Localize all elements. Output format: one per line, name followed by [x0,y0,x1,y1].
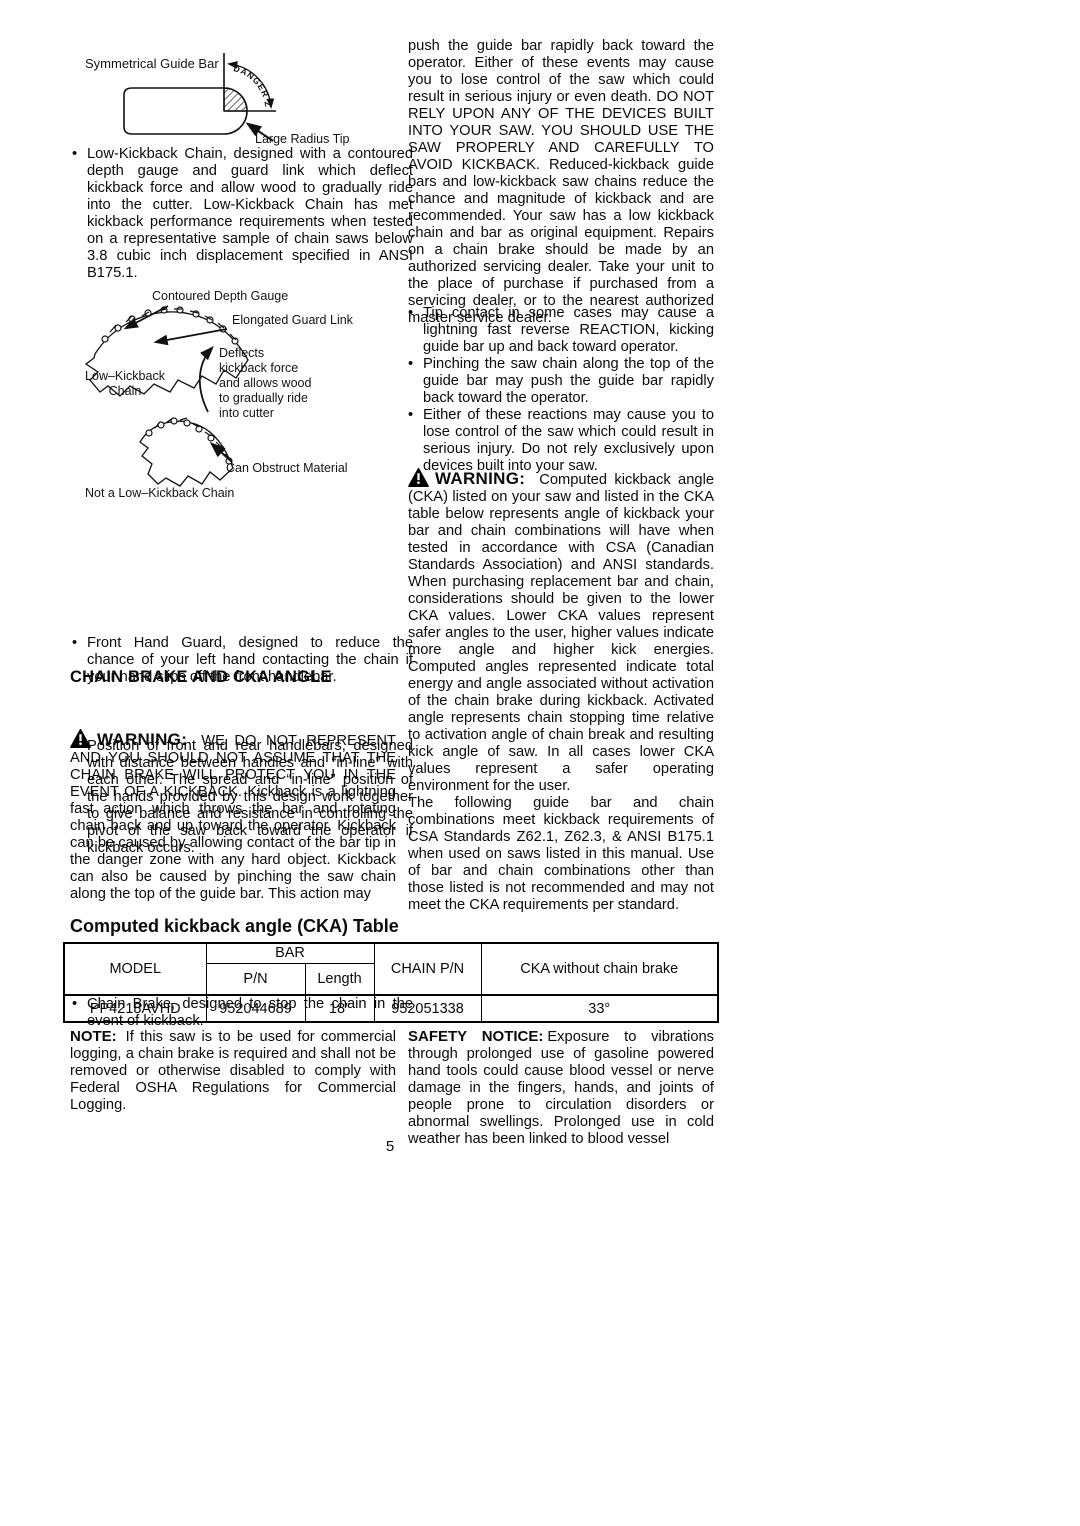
manual-page: Symmetrical Guide Bar DANGER ZONE Large … [0,0,1080,1526]
danger-zone-text: DANGER ZONE [90,50,273,108]
cka-table: MODEL BAR CHAIN P/N CKA without chain br… [63,942,719,1023]
warning-label: WARNING: [435,469,525,488]
safety-notice-label: SAFETY NOTICE: [408,1028,543,1045]
cell-cka: 33° [481,995,718,1022]
warning-triangle-icon [70,729,91,748]
safety-notice-block: SAFETY NOTICE:Exposure to vibrations thr… [408,1028,714,1148]
low-kickback-chain-drawing [86,312,248,396]
col-header-bar: BAR [206,943,374,963]
cell-bar-pn: 952044689 [206,995,305,1022]
cell-bar-length: 18″ [305,995,374,1022]
col-header-model: MODEL [64,943,206,995]
warning-label: WARNING: [97,730,187,749]
bullet-pinching: Pinching the saw chain along the top of … [406,356,714,407]
chain-brake-heading: CHAIN BRAKE AND CKA ANGLE [70,668,332,687]
cka-warning-text: Computed kickback angle (CKA) listed on … [408,472,714,794]
right-warning-block: WARNING:Computed kickback angle (CKA) li… [408,468,714,914]
bullet-low-kickback-chain: Low-Kickback Chain, designed with a cont… [70,146,413,282]
cka-warning-text-2: The following guide bar and chain combin… [408,795,714,914]
page-number: 5 [378,1138,402,1155]
bullet-tip-contact: Tip contact in some cases may cause a li… [406,305,714,356]
col-header-bar-length: Length [305,963,374,995]
table-row: PP4218AVHD 952044689 18″ 952051338 33° [64,995,718,1022]
cell-model: PP4218AVHD [64,995,206,1022]
large-radius-tip-label: Large Radius Tip [255,132,350,147]
chain-comparison-diagram [60,292,400,504]
elongated-guard-link-arrow [156,329,227,342]
bullet-either-reaction: Either of these reactions may cause you … [406,407,714,475]
col-header-cka: CKA without chain brake [481,943,718,995]
not-low-kickback-chain-drawing [140,421,233,486]
cka-table-title: Computed kickback angle (CKA) Table [70,916,399,937]
kickback-continuation-paragraph: push the guide bar rapidly back toward t… [408,38,714,327]
right-bullet-list: Tip contact in some cases may cause a li… [406,305,714,475]
safety-notice-text: Exposure to vibrations through prolonged… [408,1029,714,1147]
warning-triangle-icon [408,468,429,487]
cell-chain-pn: 952051338 [374,995,481,1022]
warning-text: WE DO NOT REPRESENT AND YOU SHOULD NOT A… [70,733,396,902]
col-header-bar-pn: P/N [206,963,305,995]
danger-tip-hatch [224,88,247,111]
left-warning-block: WARNING:WE DO NOT REPRESENT AND YOU SHOU… [70,729,396,903]
note-label: NOTE: [70,1028,117,1045]
note-block: NOTE:If this saw is to be used for comme… [70,1028,396,1114]
note-text: If this saw is to be used for commercial… [70,1029,396,1113]
col-header-chain-pn: CHAIN P/N [374,943,481,995]
